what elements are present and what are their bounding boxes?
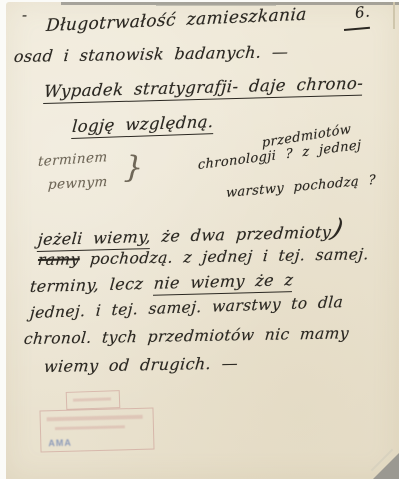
stamp-outline-small <box>66 390 121 410</box>
paragraph-line-3: terminy, lecz nie wiemy że z <box>29 270 294 296</box>
annotation-brace: } <box>123 150 144 186</box>
handwritten-line-4: logję względną. <box>71 112 214 139</box>
stamp-text-line <box>55 425 125 430</box>
scanned-page: - 6. Długotrwałość zamieszkania osad i s… <box>0 0 399 479</box>
stamp-outline-large: AMA <box>39 408 154 453</box>
handwritten-line-2: osad i stanowisk badanych. — <box>13 42 289 66</box>
paragraph-line-5: chronol. tych przedmiotów nic mamy <box>23 324 350 348</box>
paragraph-line-1-rest: że dwa przedmioty <box>150 222 332 246</box>
annotation-pewnym: pewnym <box>48 174 108 193</box>
stamp-text-line <box>47 415 143 422</box>
paragraph-line-2-rest: pochodzą. z jednej i tej. samej. <box>79 245 370 268</box>
paper-sheet: - 6. Długotrwałość zamieszkania osad i s… <box>6 2 399 479</box>
page-number-underline <box>344 27 370 31</box>
paper-right-crease <box>393 2 395 29</box>
paragraph-line-4: jednej. i tej. samej. warstwy to dla <box>29 293 344 322</box>
margin-dash: - <box>22 6 27 24</box>
page-number: 6. <box>354 2 371 21</box>
stamp-text-line <box>73 397 111 401</box>
paragraph-line-3-start: terminy, lecz <box>29 274 154 296</box>
paper-top-edge-shadow <box>156 4 276 6</box>
underlined-nie-wiemy: nie wiemy że z <box>153 270 294 296</box>
handwritten-line-1: Długotrwałość zamieszkania <box>45 5 307 36</box>
stamp-blue-text: AMA <box>47 438 71 449</box>
annotation-warstwy: warstwy pochodzą ? <box>226 173 376 201</box>
annotation-terminem: terminem <box>38 149 108 170</box>
paragraph-line-6: wiemy od drugich. — <box>43 354 239 376</box>
underlined-jezeli-wiemy: jeżeli wiemy, <box>37 227 152 252</box>
handwritten-line-3: Wypadek stratygrafji- daje chrono- <box>43 74 364 104</box>
crossed-out-word: ramy <box>37 250 80 269</box>
